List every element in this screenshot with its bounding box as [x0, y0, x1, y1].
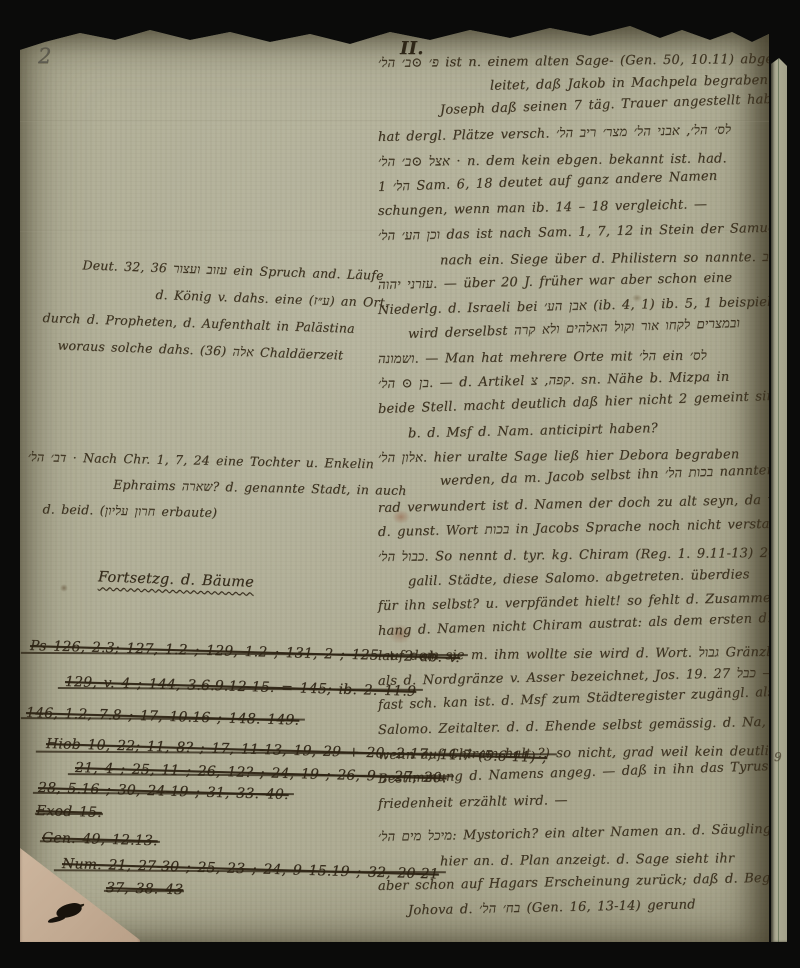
manuscript-page: 2 II. פ׳ ⊙ב׳ הל׳ ist n. einem alten Sage… — [20, 24, 769, 942]
adjacent-page-edge: 9 — [771, 58, 787, 942]
crossed-list-entry: 37, 38. 43 — [106, 880, 184, 898]
margin-note-deut: Deut. 32, 36 עזוב ועצור ein Spruch and. … — [41, 250, 390, 370]
main-text-column: פ׳ ⊙ב׳ הל׳ ist n. einem alten Sage- (Gen… — [378, 52, 770, 925]
adjacent-page-mark: 9 — [774, 750, 782, 764]
list-heading: Fortsetzg. d. Bäume — [98, 569, 254, 590]
crossed-list-entry: 146, 1.2, 7.8 ; 17, 10.16 ; 148. 149. — [26, 705, 300, 729]
margin-note-chr: דב׳ הל׳ · Nach Chr. 1, 7, 24 eine Tochte… — [26, 444, 407, 530]
paper-stain — [60, 584, 68, 592]
handwritten-line: מיכל מים הל׳: Mystorich? ein alter Namen… — [378, 818, 770, 851]
crossed-list-entry: Exod 15. — [36, 803, 102, 821]
crossed-list-entry: Gen. 49, 12.13. — [42, 830, 158, 849]
binding-thread-line — [778, 58, 779, 942]
crossed-list-entry: 28, 5.16 ; 30, 24-19 ; 31, 33. 40. — [38, 780, 289, 803]
page-number: 2 — [38, 44, 52, 68]
crossed-list-entry: 129, v. 4 ; 144, 3.6.9.12-15. = 145; ib.… — [65, 674, 417, 700]
